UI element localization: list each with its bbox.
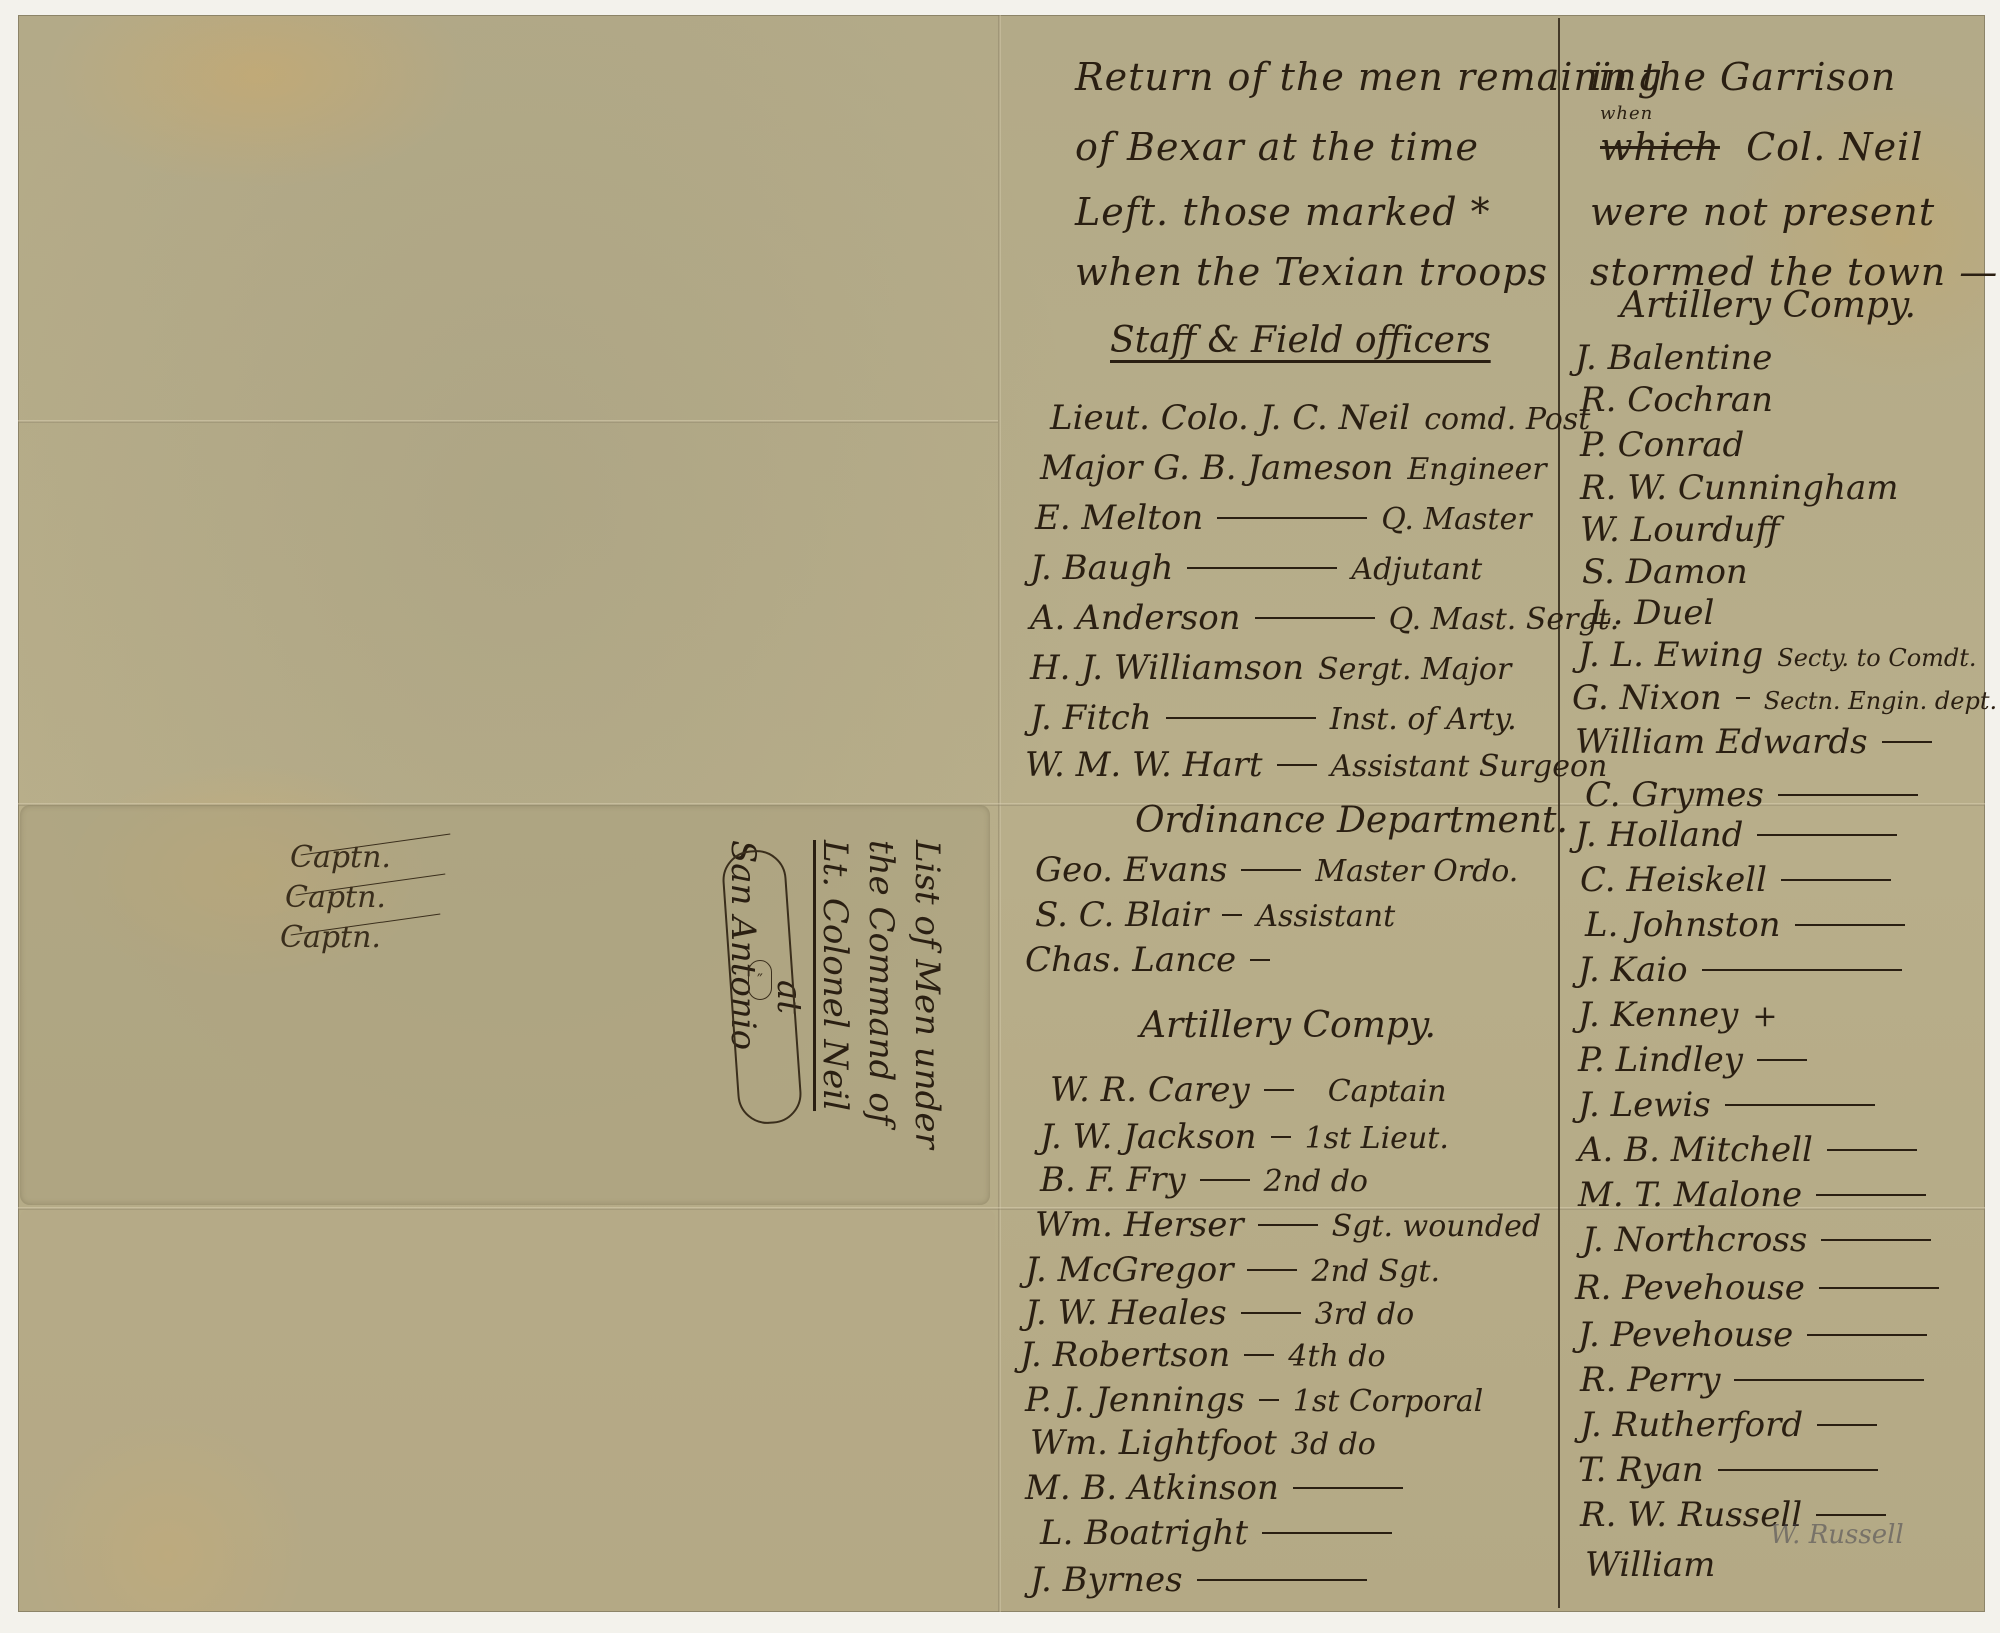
dash-separator xyxy=(1718,1469,1878,1471)
bottom-left-panel xyxy=(20,1210,995,1610)
entry-role: 2nd do xyxy=(1264,1164,1368,1199)
dash-separator xyxy=(1250,959,1270,961)
list-item: P. Conrad xyxy=(1580,425,1744,465)
dash-separator xyxy=(1817,1424,1877,1426)
dash-separator xyxy=(1702,969,1902,971)
vertical-fold-center xyxy=(998,15,1001,1612)
dash-separator xyxy=(1262,1532,1392,1534)
list-item: T. Ryan xyxy=(1578,1450,1878,1490)
list-item: Wm. Lightfoot 3d do xyxy=(1030,1423,1376,1463)
entry-name: C. Heiskell xyxy=(1580,860,1767,900)
entry-name: Chas. Lance xyxy=(1025,940,1236,980)
heading-line-4a: when the Texian troops xyxy=(1075,250,1548,294)
entry-role: Inst. of Arty. xyxy=(1330,702,1517,737)
entry-role: Sergt. Major xyxy=(1318,652,1511,687)
oval-mark: ″ xyxy=(748,960,772,1000)
entry-name: R. W. Cunningham xyxy=(1580,468,1898,508)
entry-name: L. Duel xyxy=(1590,593,1714,633)
captain-mark: Captn. xyxy=(285,880,386,915)
list-item: M. B. Atkinson xyxy=(1025,1468,1403,1508)
dash-separator xyxy=(1247,1269,1297,1271)
entry-name: R. W. Russell xyxy=(1580,1495,1802,1535)
entry-name: J. W. Jackson xyxy=(1040,1117,1257,1157)
section-title-artillery-right: Artillery Compy. xyxy=(1620,285,1916,326)
list-item: M. T. Malone xyxy=(1578,1175,1926,1215)
dash-separator xyxy=(1819,1287,1939,1289)
dash-separator xyxy=(1217,517,1367,519)
list-item: J. Rutherford xyxy=(1580,1405,1877,1445)
entry-name: Major G. B. Jameson xyxy=(1040,448,1393,488)
entry-name: R. Cochran xyxy=(1580,380,1773,420)
dash-separator xyxy=(1816,1194,1926,1196)
list-item: J. Kaio xyxy=(1578,950,1902,990)
list-item: Major G. B. Jameson Engineer xyxy=(1040,448,1547,488)
list-item: J. Robertson 4th do xyxy=(1020,1335,1386,1375)
entry-name: S. C. Blair xyxy=(1035,895,1208,935)
entry-name: W. M. W. Hart xyxy=(1025,745,1263,785)
section-title-staff: Staff & Field officers xyxy=(1110,320,1491,361)
dash-separator xyxy=(1244,1354,1274,1356)
dash-separator xyxy=(1827,1149,1917,1151)
heading-correction-struck: which xyxy=(1600,125,1720,169)
list-item: William xyxy=(1585,1545,1715,1585)
entry-name: J. Kaio xyxy=(1578,950,1688,990)
entry-role: 3rd do xyxy=(1315,1297,1414,1332)
list-item: R. Cochran xyxy=(1580,380,1773,420)
entry-role: Master Ordo. xyxy=(1315,854,1518,889)
list-item: J. McGregor 2nd Sgt. xyxy=(1025,1250,1440,1290)
entry-name: J. Baugh xyxy=(1030,548,1173,588)
dash-separator xyxy=(1725,1104,1875,1106)
list-item: J. Pevehouse xyxy=(1578,1315,1927,1355)
dash-separator xyxy=(1258,1224,1318,1226)
entry-name: William xyxy=(1585,1545,1715,1585)
dash-separator xyxy=(1187,567,1337,569)
heading-line-2b: when which Col. Neil xyxy=(1600,125,1923,169)
entry-name: M. T. Malone xyxy=(1578,1175,1802,1215)
entry-role: + xyxy=(1752,999,1777,1034)
list-item: A. B. Mitchell xyxy=(1578,1130,1917,1170)
list-item: William Edwards xyxy=(1575,722,1932,762)
dash-separator xyxy=(1241,1312,1301,1314)
captain-mark: Captn. xyxy=(280,920,381,955)
entry-role: Assistant xyxy=(1256,899,1395,934)
entry-name: E. Melton xyxy=(1035,498,1203,538)
entry-name: J. Robertson xyxy=(1020,1335,1230,1375)
heading-line-3b: were not present xyxy=(1590,190,1935,234)
list-item: P. J. Jennings 1st Corporal xyxy=(1025,1380,1483,1420)
heading-correction-inserted: when xyxy=(1600,103,1653,124)
dash-separator xyxy=(1882,741,1932,743)
entry-name: B. F. Fry xyxy=(1040,1160,1186,1200)
dash-separator xyxy=(1259,1399,1279,1401)
entry-name: J. L. Ewing xyxy=(1578,635,1763,675)
entry-name: J. Lewis xyxy=(1578,1085,1711,1125)
heading-line-2b-text: Col. Neil xyxy=(1733,125,1923,169)
entry-name: J. Pevehouse xyxy=(1578,1315,1793,1355)
list-item: Geo. Evans Master Ordo. xyxy=(1035,850,1518,890)
entry-name: M. B. Atkinson xyxy=(1025,1468,1279,1508)
dash-separator xyxy=(1734,1379,1924,1381)
list-item: J. Kenney + xyxy=(1578,995,1777,1035)
entry-name: L. Boatright xyxy=(1040,1513,1248,1553)
entry-role: 4th do xyxy=(1288,1339,1385,1374)
dash-separator xyxy=(1241,869,1301,871)
entry-role: Sectn. Engin. dept. xyxy=(1764,687,1997,715)
dash-separator xyxy=(1222,914,1242,916)
dash-separator xyxy=(1271,1136,1291,1138)
dash-separator xyxy=(1197,1579,1367,1581)
list-item: E. Melton Q. Master xyxy=(1035,498,1532,538)
entry-name: J. Holland xyxy=(1575,815,1743,855)
entry-role: Secty. to Comdt. xyxy=(1777,644,1976,672)
dash-separator xyxy=(1277,764,1317,766)
list-item: J. Lewis xyxy=(1578,1085,1875,1125)
entry-role: 3d do xyxy=(1291,1427,1376,1462)
list-item: Lieut. Colo. J. C. Neil comd. Post xyxy=(1050,398,1590,438)
entry-name: J. Byrnes xyxy=(1030,1560,1183,1600)
entry-name: J. Kenney xyxy=(1578,995,1738,1035)
docket-line: Lt. Colonel Neil xyxy=(812,840,858,1149)
list-item: G. Nixon Sectn. Engin. dept. xyxy=(1572,678,1997,718)
pencil-annotation: W. Russell xyxy=(1770,1520,1904,1550)
entry-name: J. McGregor xyxy=(1025,1250,1233,1290)
entry-name: W. Lourduff xyxy=(1580,510,1780,550)
entry-name: G. Nixon xyxy=(1572,678,1722,718)
docket-line: the Command of xyxy=(858,840,904,1149)
dash-separator xyxy=(1255,617,1375,619)
entry-name: C. Grymes xyxy=(1585,775,1764,815)
list-item: J. L. Ewing Secty. to Comdt. xyxy=(1578,635,1977,675)
dash-separator xyxy=(1821,1239,1931,1241)
heading-line-2a: of Bexar at the time xyxy=(1075,125,1479,169)
entry-role: Q. Master xyxy=(1381,502,1531,537)
dash-separator xyxy=(1816,1514,1886,1516)
list-item: A. Anderson Q. Mast. Sergt. xyxy=(1030,598,1619,638)
captain-mark: Captn. xyxy=(290,840,391,875)
section-title-artillery-left: Artillery Compy. xyxy=(1140,1005,1436,1046)
entry-name: Lieut. Colo. J. C. Neil xyxy=(1050,398,1410,438)
list-item: R. W. Cunningham xyxy=(1580,468,1898,508)
entry-name: L. Johnston xyxy=(1585,905,1781,945)
list-item: J. Byrnes xyxy=(1030,1560,1367,1600)
dash-separator xyxy=(1757,834,1897,836)
entry-name: W. R. Carey xyxy=(1050,1070,1250,1110)
entry-role: Q. Mast. Sergt. xyxy=(1389,602,1620,637)
heading-line-3a: Left. those marked * xyxy=(1075,190,1491,234)
entry-name: A. Anderson xyxy=(1030,598,1241,638)
entry-role: Adjutant xyxy=(1351,552,1482,587)
entry-role: comd. Post xyxy=(1424,402,1590,437)
dash-separator xyxy=(1795,924,1905,926)
list-item: H. J. Williamson Sergt. Major xyxy=(1030,648,1511,688)
list-item: J. Holland xyxy=(1575,815,1897,855)
list-item: L. Duel xyxy=(1590,593,1714,633)
entry-name: H. J. Williamson xyxy=(1030,648,1304,688)
section-title-ordinance: Ordinance Department. xyxy=(1135,800,1568,841)
list-item: J. W. Heales 3rd do xyxy=(1025,1293,1414,1333)
entry-role: 1st Lieut. xyxy=(1305,1121,1449,1156)
dash-separator xyxy=(1200,1179,1250,1181)
dash-separator xyxy=(1264,1089,1294,1091)
entry-name: T. Ryan xyxy=(1578,1450,1704,1490)
entry-role: 2nd Sgt. xyxy=(1311,1254,1440,1289)
dash-separator xyxy=(1807,1334,1927,1336)
list-item: W. R. Carey Captain xyxy=(1050,1070,1447,1110)
dash-separator xyxy=(1293,1487,1403,1489)
entry-role: Assistant Surgeon xyxy=(1331,749,1608,784)
entry-name: A. B. Mitchell xyxy=(1578,1130,1813,1170)
list-item: R. Perry xyxy=(1580,1360,1924,1400)
entry-role: Engineer xyxy=(1407,452,1546,487)
list-item: W. Lourduff xyxy=(1580,510,1780,550)
list-item: R. Pevehouse xyxy=(1575,1268,1939,1308)
entry-name: J. W. Heales xyxy=(1025,1293,1227,1333)
docket-line: List of Men under xyxy=(904,840,950,1149)
horizontal-fold-upper-left xyxy=(18,420,998,423)
list-item: P. Lindley xyxy=(1578,1040,1807,1080)
list-item: B. F. Fry 2nd do xyxy=(1040,1160,1368,1200)
entry-role: Captain xyxy=(1328,1074,1447,1109)
entry-name: William Edwards xyxy=(1575,722,1868,762)
entry-name: R. Perry xyxy=(1580,1360,1720,1400)
list-item: W. M. W. Hart Assistant Surgeon xyxy=(1025,745,1607,785)
entry-name: P. Conrad xyxy=(1580,425,1744,465)
entry-name: R. Pevehouse xyxy=(1575,1268,1805,1308)
entry-name: P. Lindley xyxy=(1578,1040,1743,1080)
list-item: J. W. Jackson 1st Lieut. xyxy=(1040,1117,1449,1157)
entry-name: J. Fitch xyxy=(1030,698,1152,738)
list-item: J. Balentine xyxy=(1575,338,1772,378)
entry-name: S. Damon xyxy=(1582,552,1748,592)
list-item: J. Fitch Inst. of Arty. xyxy=(1030,698,1517,738)
bleed-through-text xyxy=(540,80,550,118)
heading-line-1b: in the Garrison xyxy=(1590,55,1896,99)
entry-name: Wm. Lightfoot xyxy=(1030,1423,1277,1463)
heading-line-1a: Return of the men remaining xyxy=(1075,55,1663,99)
list-item: J. Northcross xyxy=(1582,1220,1931,1260)
dash-separator xyxy=(1778,794,1918,796)
list-item: J. Baugh Adjutant xyxy=(1030,548,1482,588)
list-item: C. Heiskell xyxy=(1580,860,1891,900)
entry-name: J. Rutherford xyxy=(1580,1405,1803,1445)
dash-separator xyxy=(1781,879,1891,881)
entry-name: Wm. Herser xyxy=(1035,1205,1244,1245)
entry-name: P. J. Jennings xyxy=(1025,1380,1245,1420)
list-item: Chas. Lance xyxy=(1025,940,1270,980)
list-item: L. Boatright xyxy=(1040,1513,1392,1553)
list-item: L. Johnston xyxy=(1585,905,1905,945)
dash-separator xyxy=(1757,1059,1807,1061)
entry-role: 1st Corporal xyxy=(1293,1384,1484,1419)
list-item: C. Grymes xyxy=(1585,775,1918,815)
entry-name: J. Balentine xyxy=(1575,338,1772,378)
entry-name: Geo. Evans xyxy=(1035,850,1227,890)
entry-name: J. Northcross xyxy=(1582,1220,1807,1260)
dash-separator xyxy=(1166,717,1316,719)
list-item: S. C. Blair Assistant xyxy=(1035,895,1395,935)
list-item: S. Damon xyxy=(1582,552,1748,592)
list-item: Wm. Herser Sgt. wounded xyxy=(1035,1205,1541,1245)
dash-separator xyxy=(1736,697,1750,699)
entry-role: Sgt. wounded xyxy=(1332,1209,1541,1244)
